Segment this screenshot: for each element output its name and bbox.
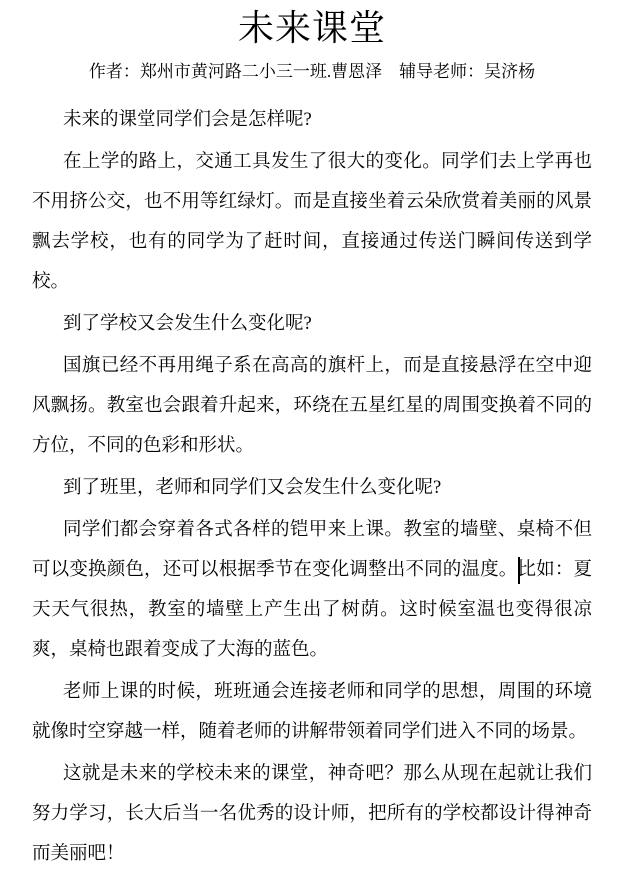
paragraph-8[interactable]: 这就是未来的学校未来的课堂，神奇吧？那么从现在起就让我们努力学习，长大后当一名优… bbox=[32, 754, 592, 874]
paragraph-5[interactable]: 到了班里，老师和同学们又会发生什么变化呢? bbox=[32, 468, 592, 508]
paragraph-2[interactable]: 在上学的路上，交通工具发生了很大的变化。同学们去上学再也不用挤公交，也不用等红绿… bbox=[32, 142, 592, 302]
paragraph-1[interactable]: 未来的课堂同学们会是怎样呢? bbox=[32, 100, 592, 140]
paragraph-7[interactable]: 老师上课的时候，班班通会连接老师和同学的思想，周围的环境就像时空穿越一样，随着老… bbox=[32, 672, 592, 752]
paragraph-3[interactable]: 到了学校又会发生什么变化呢? bbox=[32, 304, 592, 344]
text-cursor bbox=[518, 557, 520, 584]
document-page: 未来课堂 作者：郑州市黄河路二小三一班.曹恩泽 辅导老师：吴济杨 未来的课堂同学… bbox=[0, 0, 624, 874]
paragraph-6[interactable]: 同学们都会穿着各式各样的铠甲来上课。教室的墙壁、桌椅不但可以变换颜色，还可以根据… bbox=[32, 510, 592, 670]
document-title[interactable]: 未来课堂 bbox=[0, 6, 624, 50]
document-body: 未来的课堂同学们会是怎样呢? 在上学的路上，交通工具发生了很大的变化。同学们去上… bbox=[32, 100, 592, 874]
paragraph-4[interactable]: 国旗已经不再用绳子系在高高的旗杆上，而是直接悬浮在空中迎风飘扬。教室也会跟着升起… bbox=[32, 346, 592, 466]
document-byline[interactable]: 作者：郑州市黄河路二小三一班.曹恩泽 辅导老师：吴济杨 bbox=[0, 60, 624, 84]
